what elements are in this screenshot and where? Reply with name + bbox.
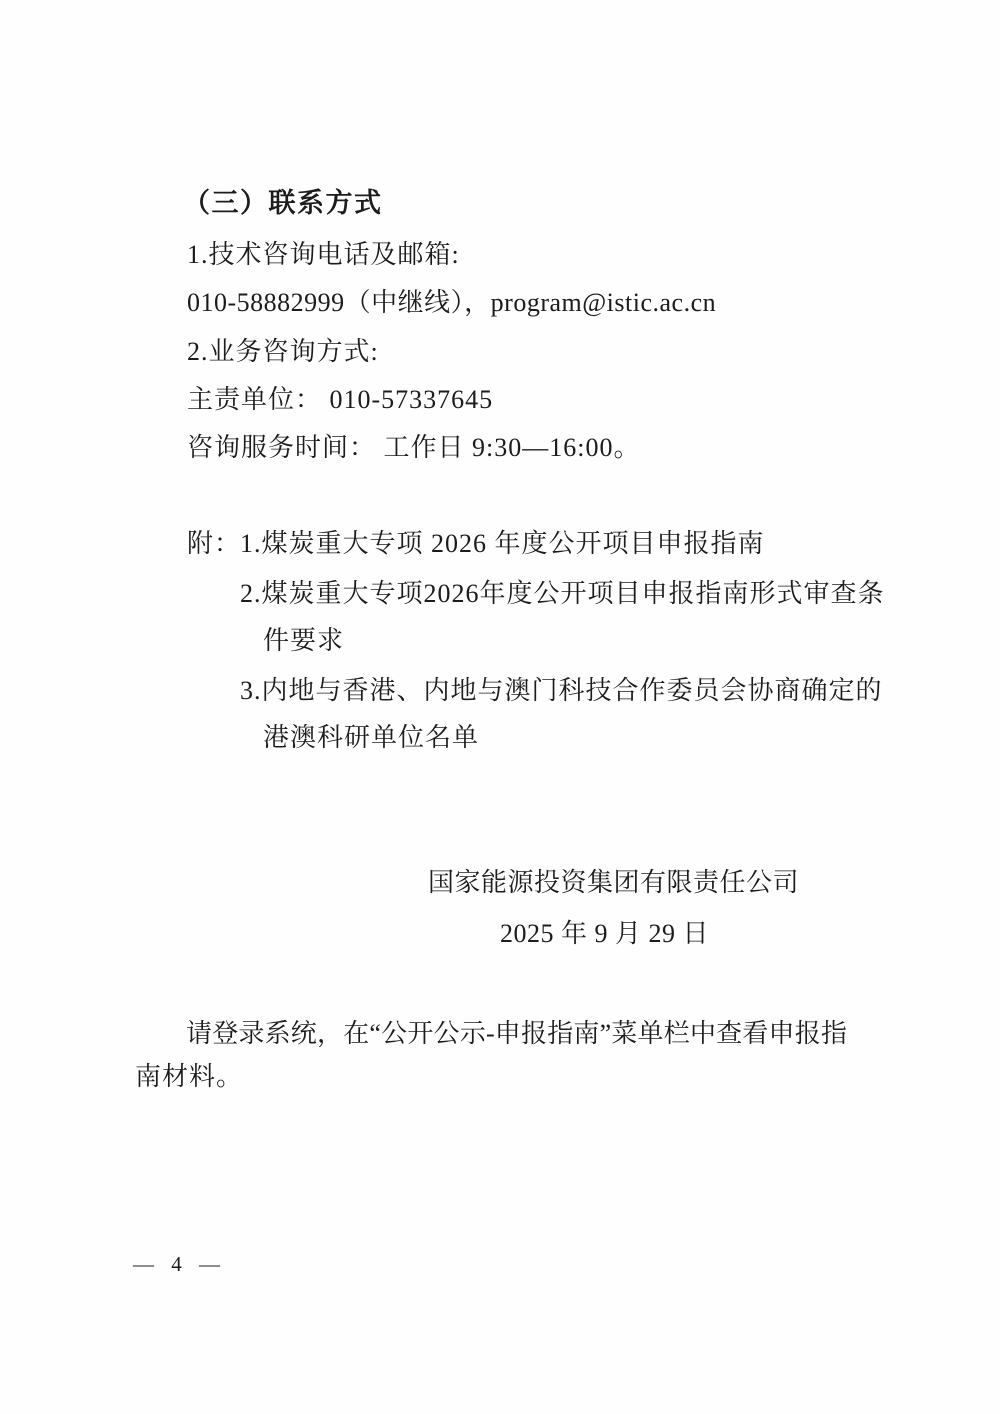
contact-line-business-consult: 2.业务咨询方式:: [187, 339, 379, 365]
attachment-item-2-line-1: 2.煤炭重大专项2026年度公开项目申报指南形式审查条: [240, 581, 885, 607]
attachments-label: 附：: [187, 531, 241, 557]
attachment-item-3-line-2: 港澳科研单位名单: [263, 725, 479, 751]
attachment-item-2-line-2: 件要求: [263, 628, 344, 654]
note-line-1: 请登录系统，在“公开公示-申报指南”菜单栏中查看申报指: [186, 1021, 847, 1047]
attachment-item-1: 1.煤炭重大专项 2026 年度公开项目申报指南: [240, 531, 765, 557]
document-page: （三）联系方式 1.技术咨询电话及邮箱: 010-58882999（中继线），p…: [0, 0, 1000, 1414]
section-heading: （三）联系方式: [183, 190, 383, 217]
contact-line-responsible-unit-phone: 主责单位： 010-57337645: [187, 387, 493, 413]
signature-date: 2025 年 9 月 29 日: [500, 921, 709, 947]
contact-line-service-hours: 咨询服务时间： 工作日 9:30—16:00。: [187, 435, 640, 461]
signature-organization: 国家能源投资集团有限责任公司: [428, 870, 799, 896]
contact-line-tech-phone-email: 1.技术咨询电话及邮箱:: [187, 242, 460, 268]
note-line-2: 南材料。: [135, 1064, 243, 1090]
contact-line-phone-and-email-value: 010-58882999（中继线），program@istic.ac.cn: [187, 290, 716, 316]
page-number: — 4 —: [133, 1254, 220, 1275]
attachment-item-3-line-1: 3.内地与香港、内地与澳门科技合作委员会协商确定的: [240, 678, 883, 704]
